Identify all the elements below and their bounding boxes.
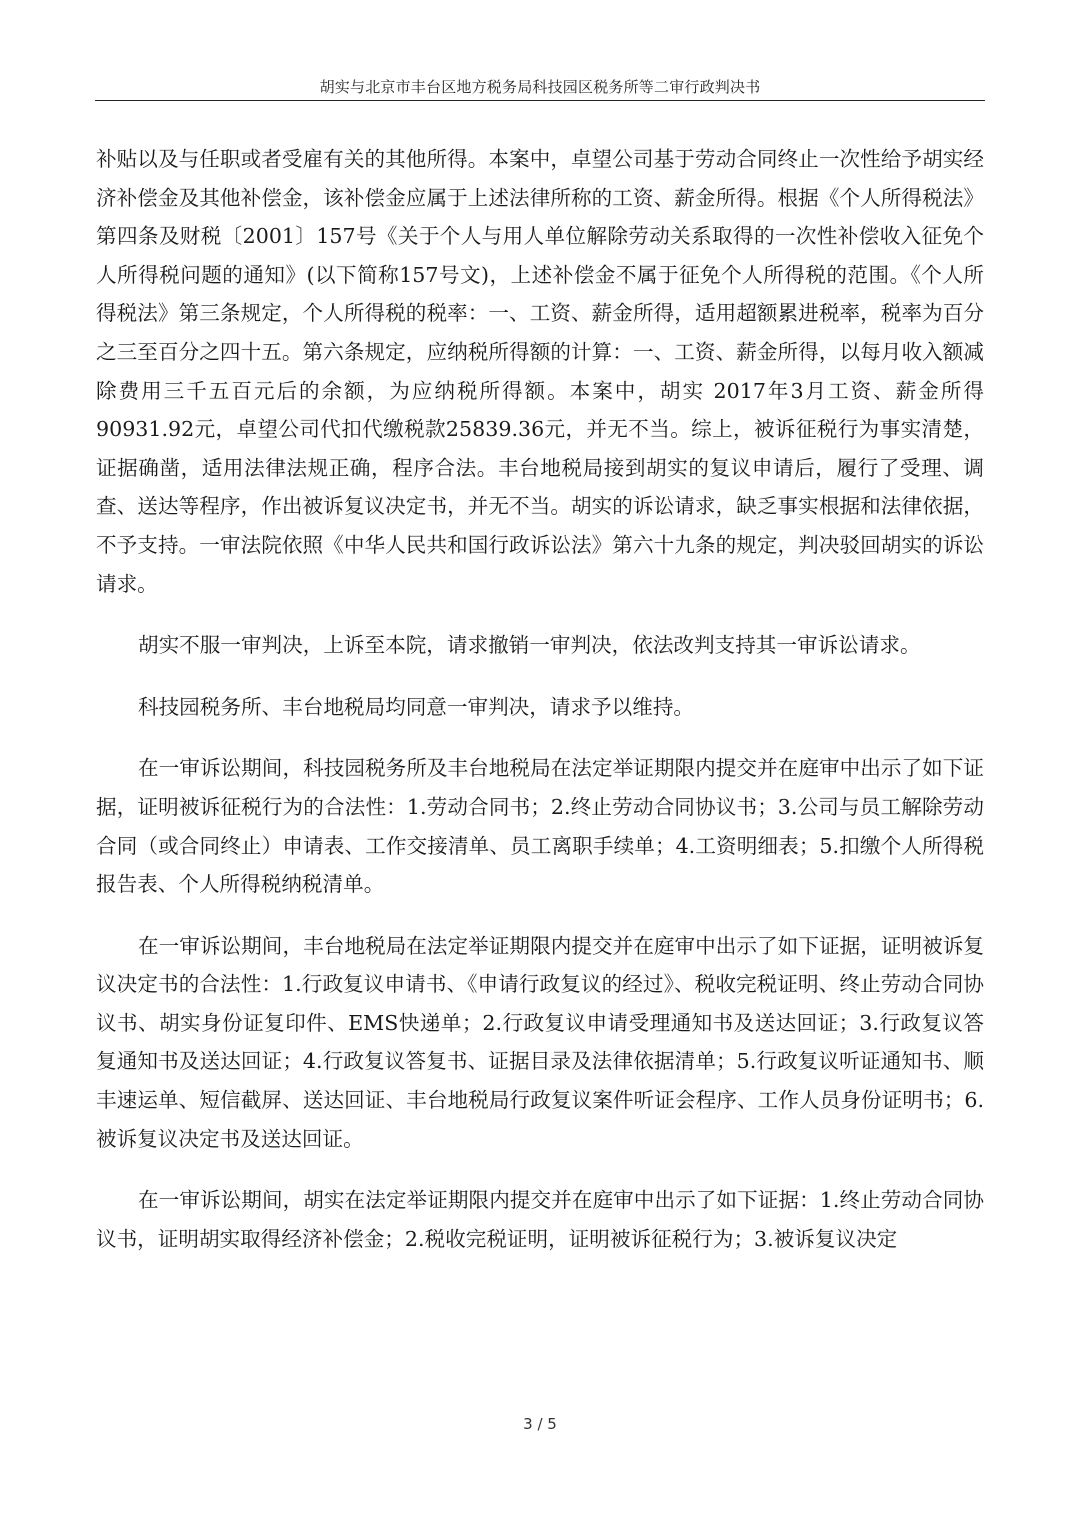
paragraph-first-instance-reasoning: 补贴以及与任职或者受雇有关的其他所得。本案中，卓望公司基于劳动合同终止一次性给予… xyxy=(96,140,984,603)
paragraph-appeal: 胡实不服一审判决，上诉至本院，请求撤销一审判决，依法改判支持其一审诉讼请求。 xyxy=(96,626,984,665)
paragraph-evidence-tax-bureau: 在一审诉讼期间，丰台地税局在法定举证期限内提交并在庭审中出示了如下证据，证明被诉… xyxy=(96,927,984,1159)
document-header-title: 胡实与北京市丰台区地方税务局科技园区税务所等二审行政判决书 xyxy=(95,76,985,97)
paragraph-respondents-position: 科技园税务所、丰台地税局均同意一审判决，请求予以维持。 xyxy=(96,688,984,727)
header-divider xyxy=(95,100,985,101)
paragraph-evidence-tax-office: 在一审诉讼期间，科技园税务所及丰台地税局在法定举证期限内提交并在庭审中出示了如下… xyxy=(96,749,984,903)
paragraph-evidence-appellant: 在一审诉讼期间，胡实在法定举证期限内提交并在庭审中出示了如下证据：1.终止劳动合… xyxy=(96,1181,984,1258)
document-body: 补贴以及与任职或者受雇有关的其他所得。本案中，卓望公司基于劳动合同终止一次性给予… xyxy=(96,140,984,1281)
page-number: 3 / 5 xyxy=(0,1415,1080,1433)
